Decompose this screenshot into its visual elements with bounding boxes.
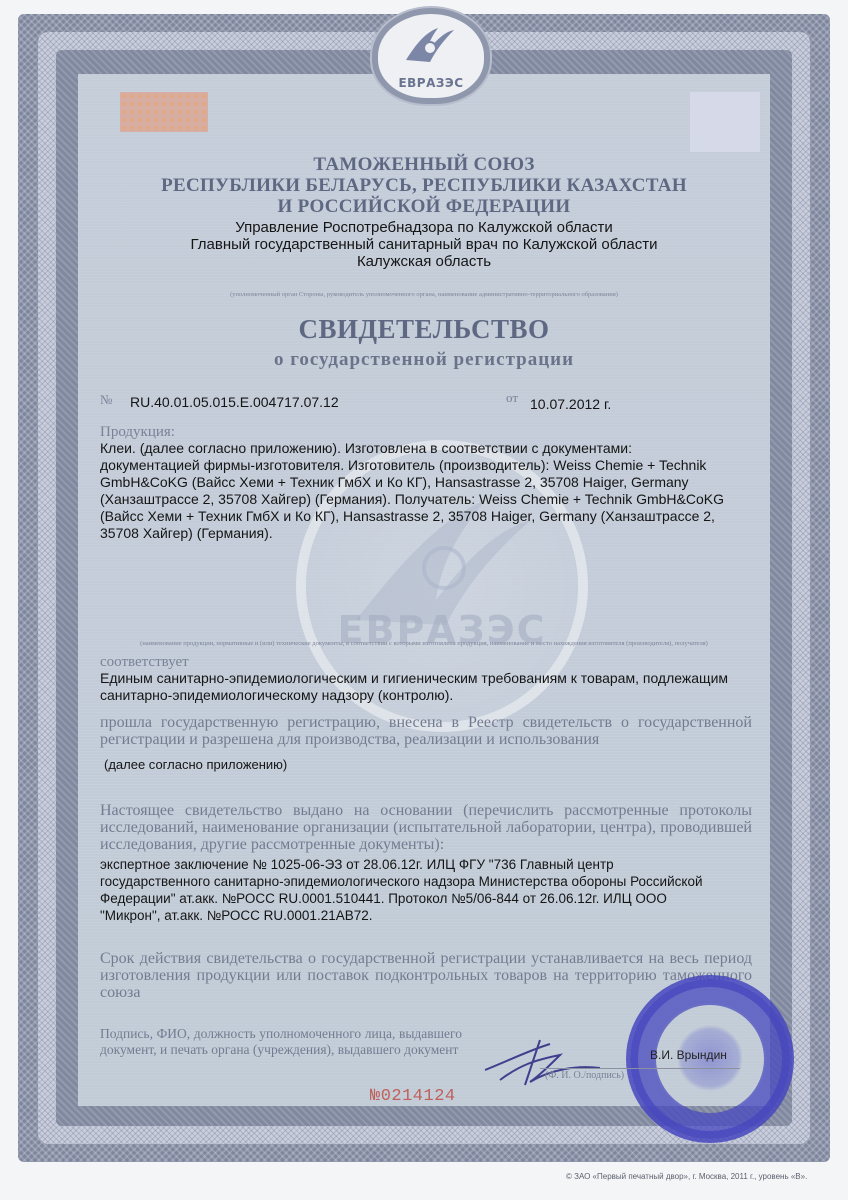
- date-label: от: [506, 390, 518, 406]
- product-line: GmbH&CoKG (Вайсс Хеми + Техник ГмбХ и Ко…: [100, 474, 750, 491]
- signature-caption: (Ф. И. О./подпись): [545, 1070, 624, 1081]
- basis-line: государственного санитарно-эпидемиологич…: [100, 873, 750, 890]
- printer-credit: © ЗАО «Первый печатный двор», г. Москва,…: [566, 1172, 807, 1181]
- signer-name: В.И. Врындин: [650, 1048, 727, 1062]
- conformity-line: Единым санитарно-эпидемиологическим и ги…: [100, 670, 750, 687]
- signature-label: Подпись, ФИО, должность уполномоченного …: [100, 1026, 462, 1058]
- certificate-date: 10.07.2012 г.: [530, 396, 611, 412]
- basis-line: "Микрон", ат.акк. №РОСС RU.0001.21АВ72.: [100, 907, 750, 924]
- document-subtitle: о государственной регистрации: [0, 349, 848, 371]
- basis-line: Федерации" ат.акк. №РОСС RU.0001.510441.…: [100, 890, 750, 907]
- product-line: 35708 Хайгер) (Германия).: [100, 525, 750, 542]
- union-title-line-1: ТАМОЖЕННЫЙ СОЮЗ: [0, 154, 848, 176]
- product-line: Клеи. (далее согласно приложению). Изгот…: [100, 440, 750, 457]
- union-title-line-3: И РОССИЙСКОЙ ФЕДЕРАЦИИ: [0, 196, 848, 218]
- number-label: №: [100, 392, 112, 408]
- conformity-text: Единым санитарно-эпидемиологическим и ги…: [100, 670, 750, 704]
- handwritten-signature-icon: [480, 1030, 620, 1090]
- evrazes-emblem: ЕВРАЗЭС: [372, 8, 490, 104]
- certificate-number: RU.40.01.05.015.Е.004717.07.12: [130, 394, 339, 410]
- authority-line-3: Калужская область: [0, 253, 848, 271]
- evrazes-logo-icon: [404, 24, 456, 64]
- emblem-label: ЕВРАЗЭС: [378, 76, 484, 90]
- hologram-strip: [120, 92, 208, 132]
- validity-text: Срок действия свидетельства о государств…: [100, 950, 752, 1001]
- authority-line-2: Главный государственный санитарный врач …: [0, 236, 848, 254]
- union-title-line-2: РЕСПУБЛИКИ БЕЛАРУСЬ, РЕСПУБЛИКИ КАЗАХСТА…: [0, 175, 848, 197]
- registration-text: прошла государственную регистрацию, внес…: [100, 714, 752, 748]
- basis-line: экспертное заключение № 1025-06-ЭЗ от 28…: [100, 856, 750, 873]
- product-label: Продукция:: [100, 424, 175, 441]
- conformity-label: соответствует: [100, 654, 189, 671]
- security-watermark-box: [690, 92, 760, 152]
- document-title: СВИДЕТЕЛЬСТВО: [0, 314, 848, 345]
- form-serial-number: №0214124: [370, 1087, 456, 1106]
- basis-text: Настоящее свидетельство выдано на основа…: [100, 802, 752, 853]
- product-line: документацией фирмы-изготовителя. Изгото…: [100, 457, 750, 474]
- signature-line: [540, 1068, 740, 1069]
- authority-line-1: Управление Роспотребнадзора по Калужской…: [0, 219, 848, 237]
- conformity-line: санитарно-эпидемиологическому надзору (к…: [100, 687, 750, 704]
- basis-documents: экспертное заключение № 1025-06-ЭЗ от 28…: [100, 856, 750, 924]
- registration-note: (далее согласно приложению): [104, 757, 287, 772]
- product-line: (Ханзаштрассе 2, 35708 Хайгер) (Германия…: [100, 491, 750, 508]
- product-description: Клеи. (далее согласно приложению). Изгот…: [100, 440, 750, 542]
- authority-caption: (уполномоченный орган Стороны, руководит…: [100, 291, 748, 298]
- product-caption: (наименование продукции, нормативные и (…: [100, 640, 748, 647]
- product-line: (Вайсс Хеми + Техник ГмбХ и Ко КГ), Hans…: [100, 508, 750, 525]
